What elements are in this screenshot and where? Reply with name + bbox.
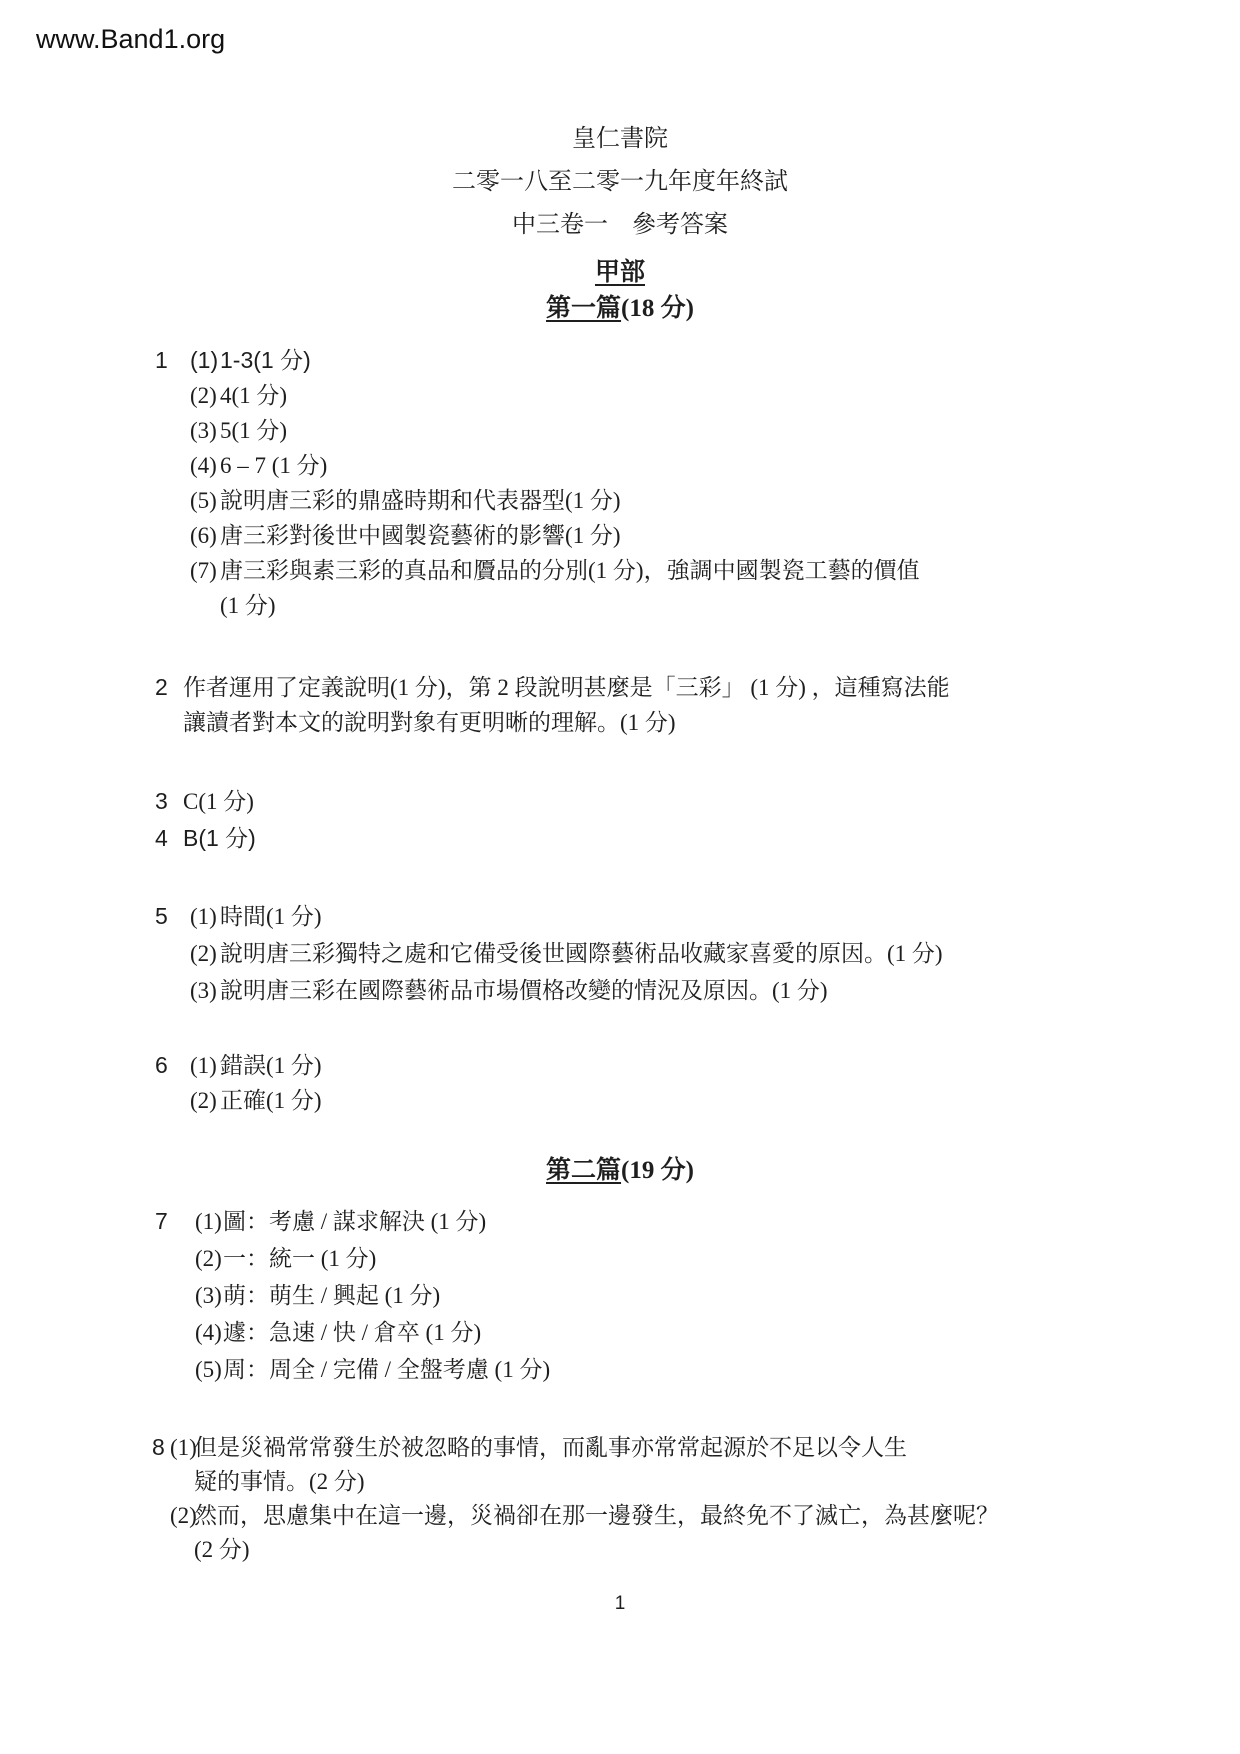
answer-text: 一：統一 (1 分): [223, 1240, 376, 1277]
question-7: 7 (1) 圖：考慮 / 謀求解決 (1 分) (2) 一：統一 (1 分) (…: [155, 1203, 1140, 1388]
section2-heading-title: 第二篇: [546, 1157, 621, 1184]
watermark: www.Band1.org: [36, 24, 225, 55]
answer-text: (1 分): [220, 588, 276, 623]
answer-row: (2) 一：統一 (1 分): [155, 1240, 1140, 1277]
sub-label: (1): [190, 898, 220, 935]
sub-label: (7): [190, 553, 220, 588]
sub-label: (4): [195, 1314, 223, 1351]
sub-label: (1): [190, 1048, 220, 1083]
answer-row: (5) 說明唐三彩的鼎盛時期和代表器型(1 分): [155, 483, 1140, 518]
question-number: 5: [155, 898, 190, 935]
section2-heading: 第二篇(19 分): [0, 1153, 1240, 1189]
answer-row: 5 (1) 時間(1 分): [155, 898, 1140, 935]
answer-text: 4(1 分): [220, 378, 287, 413]
answer-text: 唐三彩與素三彩的真品和贗品的分別(1 分)，強調中國製瓷工藝的價值: [220, 553, 920, 588]
answer-row: (2) 然而，思慮集中在這一邊，災禍卻在那一邊發生，最終免不了滅亡，為甚麼呢？: [152, 1499, 1140, 1533]
answer-text: 遽：急速 / 快 / 倉卒 (1 分): [223, 1314, 481, 1351]
answer-row: (3) 萌：萌生 / 興起 (1 分): [155, 1277, 1140, 1314]
answer-text: C(1 分): [183, 783, 254, 820]
answer-row: (2) 正確(1 分): [155, 1083, 1140, 1118]
answer-text: 作者運用了定義說明(1 分)，第 2 段說明甚麼是「三彩」 (1 分) ，這種寫…: [183, 670, 950, 705]
answer-row: (3) 5(1 分): [155, 413, 1140, 448]
answer-text: 疑的事情。(2 分): [194, 1465, 365, 1499]
answer-row-continuation: (2 分): [152, 1533, 1140, 1567]
answer-row: (5) 周：周全 / 完備 / 全盤考慮 (1 分): [155, 1351, 1140, 1388]
question-number: 2: [155, 670, 183, 705]
question-6: 6 (1) 錯誤(1 分) (2) 正確(1 分): [155, 1048, 1140, 1118]
answer-row: 1 (1) 1-3(1 分): [155, 343, 1140, 378]
answer-text: 說明唐三彩的鼎盛時期和代表器型(1 分): [220, 483, 621, 518]
exam-session: 二零一八至二零一九年度年終試: [0, 161, 1240, 204]
answer-row: 8 (1) 但是災禍常常發生於被忽略的事情，而亂事亦常常起源於不足以令人生: [152, 1430, 1140, 1465]
question-number: 4: [155, 820, 183, 857]
answer-text: 圖：考慮 / 謀求解決 (1 分): [223, 1203, 486, 1240]
answer-text: 周：周全 / 完備 / 全盤考慮 (1 分): [223, 1351, 550, 1388]
question-number: 8: [152, 1430, 170, 1464]
answer-row: (4) 遽：急速 / 快 / 倉卒 (1 分): [155, 1314, 1140, 1351]
answer-text: 5(1 分): [220, 413, 287, 448]
section1-heading: 第一篇(18 分): [0, 291, 1240, 327]
answer-row: (2) 說明唐三彩獨特之處和它備受後世國際藝術品收藏家喜愛的原因。(1 分): [155, 935, 1140, 972]
sub-label: (2): [195, 1240, 223, 1277]
answer-text: 但是災禍常常發生於被忽略的事情，而亂事亦常常起源於不足以令人生: [194, 1431, 907, 1465]
sub-label: (3): [190, 413, 220, 448]
answer-row: (7) 唐三彩與素三彩的真品和贗品的分別(1 分)，強調中國製瓷工藝的價值: [155, 553, 1140, 588]
answer-text: 錯誤(1 分): [220, 1048, 322, 1083]
answer-row: 4 B(1 分): [155, 820, 1140, 857]
question-3-4: 3 C(1 分) 4 B(1 分): [155, 783, 1140, 857]
answer-row-continuation: 讓讀者對本文的說明對象有更明晰的理解。(1 分): [155, 705, 1140, 740]
sub-label: (1): [195, 1203, 223, 1240]
section2-heading-score: (19 分): [621, 1157, 694, 1184]
answer-text: 讓讀者對本文的說明對象有更明晰的理解。(1 分): [183, 705, 676, 740]
answer-row: 7 (1) 圖：考慮 / 謀求解決 (1 分): [155, 1203, 1140, 1240]
answer-text: 說明唐三彩獨特之處和它備受後世國際藝術品收藏家喜愛的原因。(1 分): [220, 935, 943, 972]
answer-text: 唐三彩對後世中國製瓷藝術的影響(1 分): [220, 518, 621, 553]
sub-label: (4): [190, 448, 220, 483]
answer-text: 6 – 7 (1 分): [220, 448, 327, 483]
question-2: 2 作者運用了定義說明(1 分)，第 2 段說明甚麼是「三彩」 (1 分) ，這…: [155, 670, 1140, 740]
part-heading-text: 甲部: [595, 259, 645, 286]
document-body: 皇仁書院 二零一八至二零一九年度年終試 中三卷一 參考答案 甲部 第一篇(18 …: [0, 0, 1240, 1567]
sub-label: (3): [195, 1277, 223, 1314]
sub-label: (2): [190, 935, 220, 972]
page-number: 1: [0, 1593, 1240, 1615]
sub-label: (3): [190, 972, 220, 1009]
sub-label: (2): [190, 1083, 220, 1118]
sub-label: (2): [170, 1499, 194, 1533]
question-8: 8 (1) 但是災禍常常發生於被忽略的事情，而亂事亦常常起源於不足以令人生 疑的…: [152, 1430, 1140, 1567]
part-heading: 甲部: [0, 255, 1240, 291]
answer-row: 2 作者運用了定義說明(1 分)，第 2 段說明甚麼是「三彩」 (1 分) ，這…: [155, 670, 1140, 705]
answer-row-continuation: (1 分): [155, 588, 1140, 623]
answer-text: 正確(1 分): [220, 1083, 322, 1118]
answer-text: 然而，思慮集中在這一邊，災禍卻在那一邊發生，最終免不了滅亡，為甚麼呢？: [194, 1499, 999, 1533]
sub-label: (5): [190, 483, 220, 518]
answer-text: 時間(1 分): [220, 898, 322, 935]
sub-label: (2): [190, 378, 220, 413]
question-number: 3: [155, 783, 183, 820]
answer-row: (4) 6 – 7 (1 分): [155, 448, 1140, 483]
section1-heading-title: 第一篇: [546, 295, 621, 322]
answer-text: B(1 分): [183, 820, 256, 857]
answer-row: (6) 唐三彩對後世中國製瓷藝術的影響(1 分): [155, 518, 1140, 553]
sub-label: (1): [190, 343, 220, 378]
question-number: 6: [155, 1048, 190, 1083]
answer-row: (3) 說明唐三彩在國際藝術品市場價格改變的情況及原因。(1 分): [155, 972, 1140, 1009]
answer-row: 3 C(1 分): [155, 783, 1140, 820]
answer-row: (2) 4(1 分): [155, 378, 1140, 413]
question-number: 1: [155, 343, 190, 378]
question-1: 1 (1) 1-3(1 分) (2) 4(1 分) (3) 5(1 分) (4)…: [155, 343, 1140, 623]
sub-label: (1): [170, 1431, 194, 1465]
paper-title: 中三卷一 參考答案: [0, 204, 1240, 247]
sub-label: (6): [190, 518, 220, 553]
answer-text: 萌：萌生 / 興起 (1 分): [223, 1277, 440, 1314]
answer-text: 說明唐三彩在國際藝術品市場價格改變的情況及原因。(1 分): [220, 972, 828, 1009]
sub-label: (5): [195, 1351, 223, 1388]
answer-text: 1-3(1 分): [220, 343, 311, 378]
question-5: 5 (1) 時間(1 分) (2) 說明唐三彩獨特之處和它備受後世國際藝術品收藏…: [155, 898, 1140, 1009]
answer-row-continuation: 疑的事情。(2 分): [152, 1465, 1140, 1499]
answer-row: 6 (1) 錯誤(1 分): [155, 1048, 1140, 1083]
school-name: 皇仁書院: [0, 118, 1240, 161]
section1-heading-score: (18 分): [621, 295, 694, 322]
question-number: 7: [155, 1203, 195, 1240]
answer-text: (2 分): [194, 1533, 250, 1567]
